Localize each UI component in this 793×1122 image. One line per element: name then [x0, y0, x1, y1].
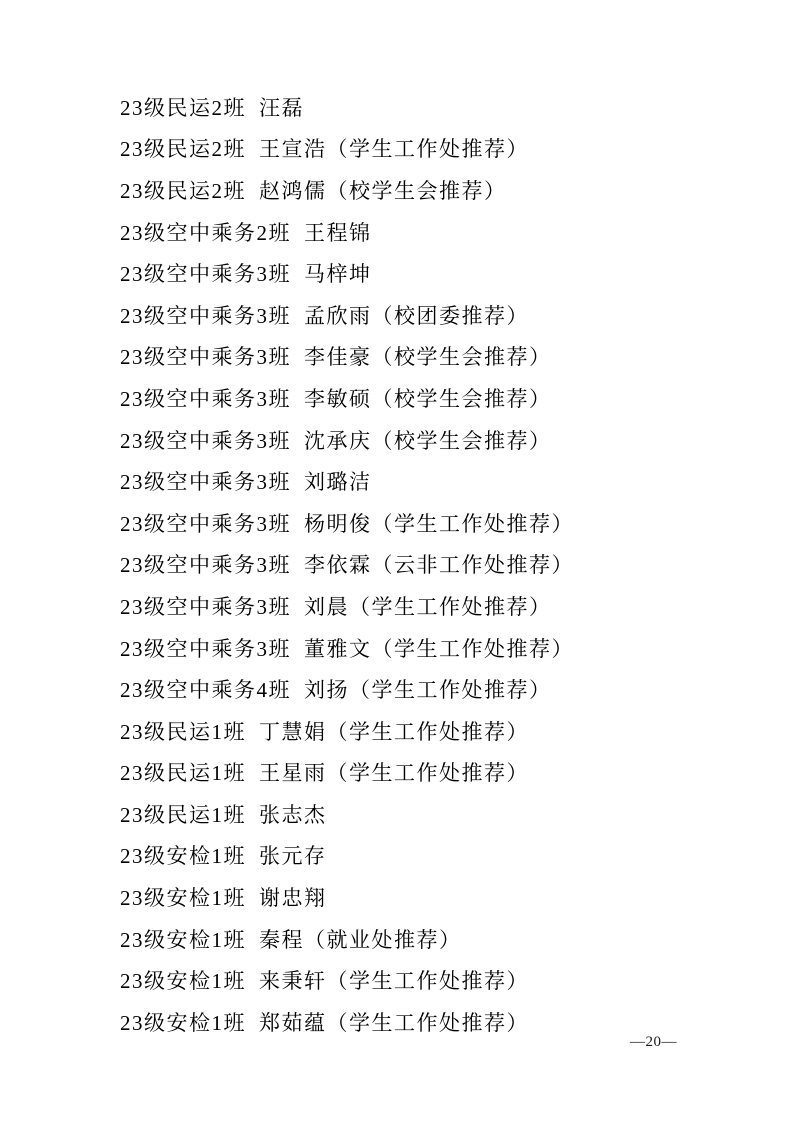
- list-item: 23级空中乘务2班 王程锦: [120, 211, 733, 253]
- class-label: 23级空中乘务3班: [120, 549, 291, 579]
- student-name: 杨明俊: [304, 508, 372, 538]
- class-label: 23级民运2班: [120, 133, 246, 163]
- recommendation-note: （学生工作处推荐）: [327, 133, 530, 163]
- student-name: 刘璐洁: [304, 466, 372, 496]
- class-label: 23级安检1班: [120, 965, 246, 995]
- student-name: 丁慧娟: [259, 716, 327, 746]
- recommendation-note: （学生工作处推荐）: [372, 633, 575, 663]
- recommendation-note: （校团委推荐）: [372, 300, 530, 330]
- student-name: 孟欣雨: [304, 300, 372, 330]
- list-item: 23级空中乘务3班 孟欣雨 （校团委推荐）: [120, 294, 733, 336]
- student-name: 董雅文: [304, 633, 372, 663]
- class-label: 23级民运2班: [120, 92, 246, 122]
- recommendation-note: （学生工作处推荐）: [327, 965, 530, 995]
- class-label: 23级空中乘务3班: [120, 466, 291, 496]
- class-label: 23级空中乘务3班: [120, 383, 291, 413]
- class-label: 23级空中乘务3班: [120, 633, 291, 663]
- class-label: 23级空中乘务2班: [120, 217, 291, 247]
- student-name: 马梓坤: [304, 258, 372, 288]
- list-item: 23级安检1班 秦程 （就业处推荐）: [120, 918, 733, 960]
- list-item: 23级安检1班 张元存: [120, 835, 733, 877]
- student-name: 谢忠翔: [259, 882, 327, 912]
- class-label: 23级民运2班: [120, 175, 246, 205]
- recommendation-note: （学生工作处推荐）: [349, 674, 552, 704]
- list-item: 23级空中乘务3班 刘璐洁: [120, 460, 733, 502]
- class-label: 23级空中乘务3班: [120, 341, 291, 371]
- student-name: 张元存: [259, 840, 327, 870]
- student-name: 汪磊: [259, 92, 304, 122]
- recommendation-note: （云非工作处推荐）: [372, 549, 575, 579]
- student-name: 秦程: [259, 924, 304, 954]
- student-name: 张志杰: [259, 799, 327, 829]
- recommendation-note: （学生工作处推荐）: [349, 591, 552, 621]
- class-label: 23级安检1班: [120, 840, 246, 870]
- student-name: 李敏硕: [304, 383, 372, 413]
- recommendation-note: （学生工作处推荐）: [327, 757, 530, 787]
- class-label: 23级空中乘务4班: [120, 674, 291, 704]
- class-label: 23级空中乘务3班: [120, 258, 291, 288]
- student-name: 刘晨: [304, 591, 349, 621]
- list-item: 23级空中乘务3班 李依霖 （云非工作处推荐）: [120, 544, 733, 586]
- class-label: 23级空中乘务3班: [120, 508, 291, 538]
- list-item: 23级民运2班 赵鸿儒 （校学生会推荐）: [120, 169, 733, 211]
- class-label: 23级空中乘务3班: [120, 591, 291, 621]
- recommendation-note: （校学生会推荐）: [327, 175, 507, 205]
- document-page: 23级民运2班 汪磊 23级民运2班 王宣浩 （学生工作处推荐） 23级民运2班…: [0, 0, 793, 1122]
- list-item: 23级空中乘务3班 李敏硕 （校学生会推荐）: [120, 377, 733, 419]
- list-item: 23级空中乘务3班 李佳豪 （校学生会推荐）: [120, 336, 733, 378]
- class-label: 23级安检1班: [120, 882, 246, 912]
- recommendation-note: （校学生会推荐）: [372, 383, 552, 413]
- list-item: 23级民运1班 丁慧娟 （学生工作处推荐）: [120, 710, 733, 752]
- student-name: 刘扬: [304, 674, 349, 704]
- recommendation-note: （学生工作处推荐）: [327, 1007, 530, 1037]
- recommendation-note: （校学生会推荐）: [372, 425, 552, 455]
- list-item: 23级民运1班 张志杰: [120, 793, 733, 835]
- student-name: 李佳豪: [304, 341, 372, 371]
- list-item: 23级民运2班 王宣浩 （学生工作处推荐）: [120, 128, 733, 170]
- recommendation-note: （校学生会推荐）: [372, 341, 552, 371]
- student-name: 郑茹蕴: [259, 1007, 327, 1037]
- list-item: 23级空中乘务3班 杨明俊 （学生工作处推荐）: [120, 502, 733, 544]
- recommendation-note: （就业处推荐）: [304, 924, 462, 954]
- list-item: 23级安检1班 来秉轩 （学生工作处推荐）: [120, 959, 733, 1001]
- list-item: 23级空中乘务3班 刘晨 （学生工作处推荐）: [120, 585, 733, 627]
- class-label: 23级民运1班: [120, 799, 246, 829]
- class-label: 23级民运1班: [120, 757, 246, 787]
- student-list: 23级民运2班 汪磊 23级民运2班 王宣浩 （学生工作处推荐） 23级民运2班…: [120, 86, 733, 1043]
- class-label: 23级空中乘务3班: [120, 300, 291, 330]
- student-name: 李依霖: [304, 549, 372, 579]
- class-label: 23级民运1班: [120, 716, 246, 746]
- class-label: 23级安检1班: [120, 1007, 246, 1037]
- list-item: 23级空中乘务3班 沈承庆 （校学生会推荐）: [120, 419, 733, 461]
- student-name: 王程锦: [304, 217, 372, 247]
- recommendation-note: （学生工作处推荐）: [327, 716, 530, 746]
- list-item: 23级民运1班 王星雨 （学生工作处推荐）: [120, 752, 733, 794]
- student-name: 王星雨: [259, 757, 327, 787]
- list-item: 23级空中乘务3班 董雅文 （学生工作处推荐）: [120, 627, 733, 669]
- page-number: —20—: [630, 1034, 677, 1051]
- class-label: 23级空中乘务3班: [120, 425, 291, 455]
- list-item: 23级空中乘务3班 马梓坤: [120, 252, 733, 294]
- list-item: 23级安检1班 谢忠翔: [120, 876, 733, 918]
- list-item: 23级民运2班 汪磊: [120, 86, 733, 128]
- list-item: 23级空中乘务4班 刘扬 （学生工作处推荐）: [120, 668, 733, 710]
- student-name: 沈承庆: [304, 425, 372, 455]
- student-name: 王宣浩: [259, 133, 327, 163]
- recommendation-note: （学生工作处推荐）: [372, 508, 575, 538]
- student-name: 来秉轩: [259, 965, 327, 995]
- student-name: 赵鸿儒: [259, 175, 327, 205]
- class-label: 23级安检1班: [120, 924, 246, 954]
